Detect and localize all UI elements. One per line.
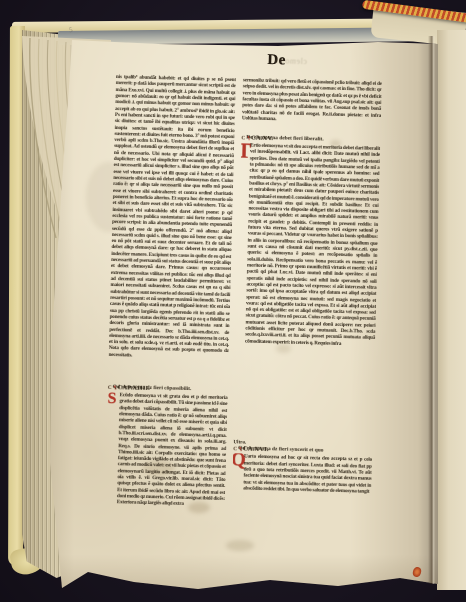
lombard-initial-t: T [237, 142, 250, 161]
capitulum-icon: C [233, 447, 237, 453]
showthrough-ghost-text: clemosia [274, 56, 307, 66]
left-column-paragraph-2-text: Ecūdo elemosyna vt sit grata deo et p de… [117, 392, 228, 508]
left-column-paragraph-1: nis tpalib⁹ abundāt habebit: et qd diuit… [108, 74, 236, 387]
left-column-paragraph-2: SEcūdo elemosyna vt sit grata deo et p d… [105, 392, 228, 509]
right-column-paragraph-q-text: Uarto elemosyna ad hoc qr sit recta deo … [243, 454, 372, 495]
right-column-paragraph-t-text: Ertio elemosyna vt sit deo accepta et me… [245, 143, 380, 348]
gutter-crease [428, 36, 435, 584]
lombard-initial-s: S [107, 392, 119, 405]
left-text-column: nis tpalib⁹ abundāt habebit: et qd diuit… [105, 74, 236, 513]
right-column-paragraph-0: sermonibz tribuit: qd vero fletū et cōpa… [241, 77, 381, 138]
right-column-paragraph-t: TErtio elemosyna vt sit deo accepta et m… [233, 142, 380, 443]
lombard-initial-q: Q [232, 454, 244, 470]
right-column-paragraph-q: QUarto elemosyna ad hoc qr sit recta deo… [232, 454, 372, 505]
foxing-spot [226, 540, 254, 551]
pencil-mark: 5 [68, 26, 73, 35]
capitulum-icon: C [241, 135, 245, 141]
facing-page-sliver [437, 30, 466, 590]
text-block: De clemosia nis tpalib⁹ abundāt habebit:… [105, 74, 382, 517]
right-text-column: sermonibz tribuit: qd vero fletū et cōpa… [232, 77, 382, 516]
photo-of-open-book: 5 De clemosia nis tpalib⁹ abundāt habebi… [0, 0, 466, 602]
capitulum-icon: C [108, 385, 112, 391]
